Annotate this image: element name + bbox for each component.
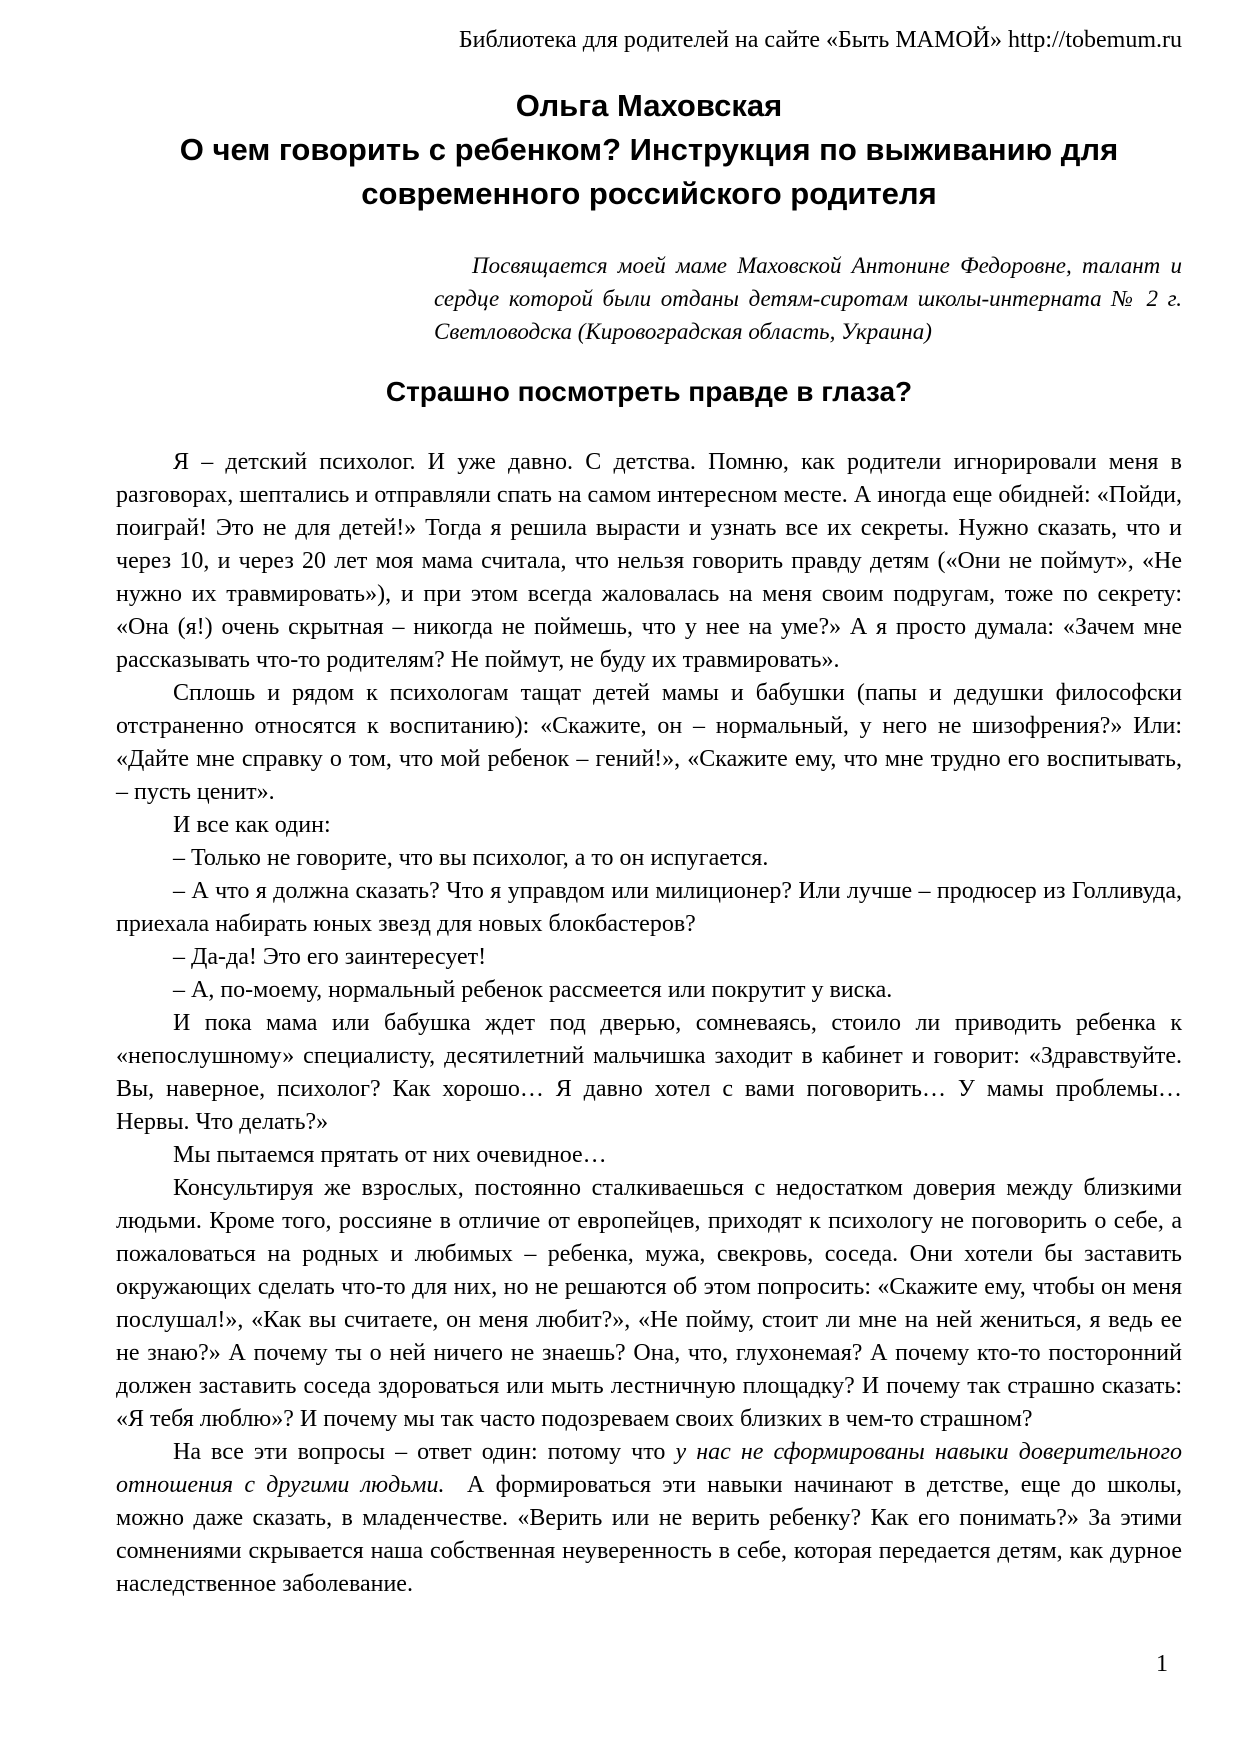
paragraph: И пока мама или бабушка ждет под дверью,… [116, 1007, 1182, 1139]
dialogue-line: – Да-да! Это его заинтересует! [116, 941, 1182, 974]
book-author: Ольга Маховская [116, 84, 1182, 128]
paragraph: Консультируя же взрослых, постоянно стал… [116, 1172, 1182, 1436]
paragraph: Мы пытаемся прятать от них очевидное… [116, 1139, 1182, 1172]
dialogue-line: – А, по-моему, нормальный ребенок рассме… [116, 974, 1182, 1007]
dialogue-line: – А что я должна сказать? Что я управдом… [116, 875, 1182, 941]
section-heading: Страшно посмотреть правде в глаза? [116, 376, 1182, 408]
paragraph: На все эти вопросы – ответ один: потому … [116, 1436, 1182, 1601]
paragraph: Я – детский психолог. И уже давно. С дет… [116, 446, 1182, 677]
dedication: Посвящается моей маме Маховской Антонине… [434, 249, 1182, 348]
body-text: Я – детский психолог. И уже давно. С дет… [116, 446, 1182, 1601]
paragraph-segment: На все эти вопросы – ответ один: потому … [173, 1439, 676, 1465]
book-title: О чем говорить с ребенком? Инструкция по… [116, 128, 1182, 216]
dialogue-line: – Только не говорите, что вы психолог, а… [116, 842, 1182, 875]
page-number: 1 [1156, 1650, 1168, 1679]
paragraph: И все как один: [116, 809, 1182, 842]
paragraph: Сплошь и рядом к психологам тащат детей … [116, 677, 1182, 809]
title-block: Ольга Маховская О чем говорить с ребенко… [116, 84, 1182, 216]
running-header: Библиотека для родителей на сайте «Быть … [116, 26, 1182, 55]
document-page: Библиотека для родителей на сайте «Быть … [0, 0, 1240, 1754]
